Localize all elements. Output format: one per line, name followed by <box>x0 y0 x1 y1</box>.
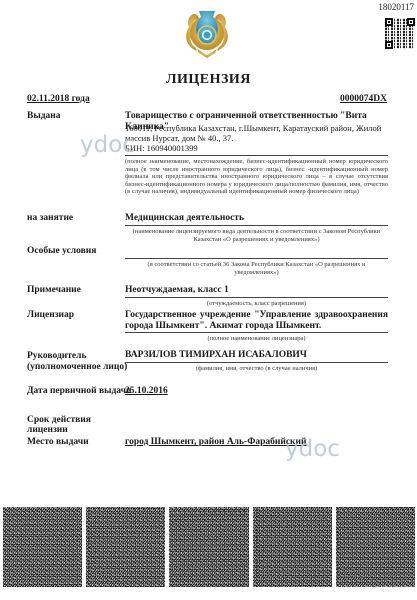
watermark: ydoc <box>80 132 135 158</box>
qr-code <box>385 18 415 49</box>
license-number: 0000074DX <box>340 94 387 104</box>
place-value: город Шымкент, район Аль-Фарабийский <box>125 437 388 448</box>
barcode-block <box>253 507 332 587</box>
security-barcode-strip <box>3 507 415 587</box>
licensee-address: 160011, Республика Казахстан, г.Шымкент,… <box>125 123 388 143</box>
activity-value: Медицинская деятельность <box>125 213 388 224</box>
document-number: 18020117 <box>378 2 414 12</box>
head-name: ВАРЗИЛОВ ТИМИРХАН ИСАБАЛОВИЧ <box>125 350 388 361</box>
divider <box>125 297 388 298</box>
place-label: Место выдачи <box>27 437 89 448</box>
head-label-sub: (уполномоченное лицо) <box>27 362 127 373</box>
qr-finder-icon <box>385 41 393 49</box>
head-caption: (фамилия, имя, отчество (в случае наличи… <box>125 365 388 373</box>
first-issue-label: Дата первичной выдачи <box>27 386 132 397</box>
qr-finder-icon <box>407 18 415 26</box>
activity-caption: (наименование лицензируемого вида деятел… <box>125 228 388 243</box>
licensor-label: Лицензиар <box>27 310 74 321</box>
special-conditions-caption: (в соответствии со статьей 36 Закона Рес… <box>125 261 388 276</box>
licensor-caption: (полное наименование лицензиара) <box>125 335 388 343</box>
note-value: Неотчуждаемая, класс 1 <box>125 285 388 296</box>
licensor-value: Государственное учреждение "Управление з… <box>125 310 388 332</box>
divider <box>125 225 388 226</box>
validity-label-sub: лицензии <box>27 425 68 436</box>
head-label: Руководитель <box>27 351 86 362</box>
license-date: 02.11.2018 года <box>27 94 90 104</box>
issued-to-caption: (полное наименование, местонахождение, б… <box>125 158 388 196</box>
watermark: ydoc <box>285 436 340 462</box>
qr-finder-icon <box>385 18 393 26</box>
issued-to-label: Выдана <box>27 111 61 122</box>
barcode-block <box>336 507 415 587</box>
licensee-bin: БИН: 160940001399 <box>125 143 388 153</box>
activity-label: на занятие <box>27 213 73 224</box>
barcode-block <box>3 507 82 587</box>
first-issue-date: 25.10.2016 <box>125 386 388 397</box>
page-title: ЛИЦЕНЗИЯ <box>0 72 417 88</box>
divider <box>125 155 388 156</box>
divider <box>125 362 388 363</box>
state-emblem-icon <box>183 5 231 58</box>
divider <box>125 258 388 259</box>
divider <box>125 332 388 333</box>
barcode-block <box>169 507 248 587</box>
barcode-block <box>86 507 165 587</box>
note-caption: (отчуждаемость, класс разрешения) <box>125 300 388 308</box>
special-conditions-label: Особые условия <box>27 246 96 257</box>
note-label: Примечание <box>27 285 81 296</box>
